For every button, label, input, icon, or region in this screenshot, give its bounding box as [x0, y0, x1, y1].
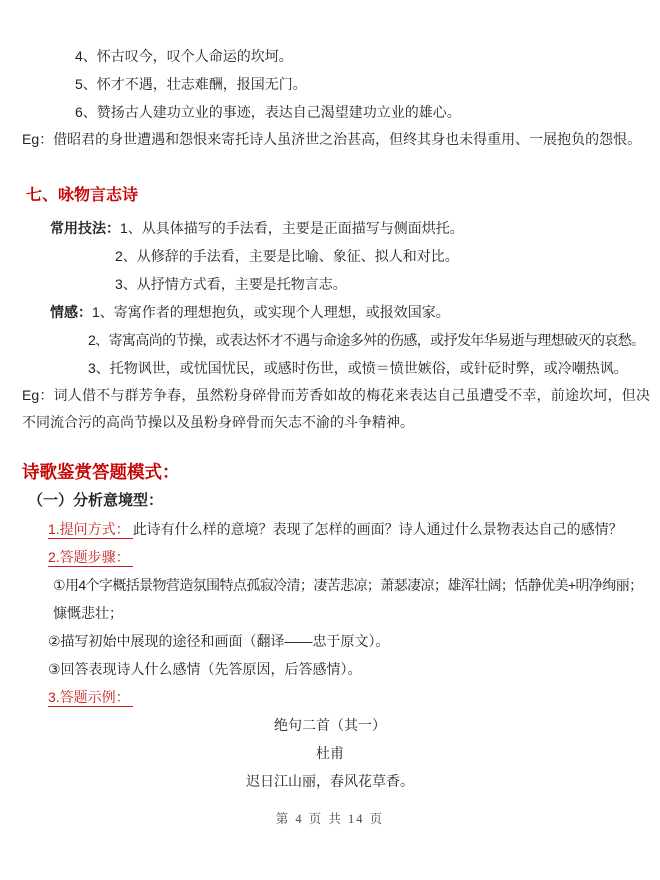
poem-author: 杜甫: [0, 739, 660, 767]
question-method-line: 1.提问方式：此诗有什么样的意境？表现了怎样的画面？诗人通过什么景物表达自己的感…: [48, 515, 660, 543]
step-1-line-2: 慷慨悲壮；: [53, 599, 660, 627]
yongwu-example: Eg：词人借不与群芳争春，虽然粉身碎骨而芳香如故的梅花来表达自己虽遭受不幸，前途…: [22, 382, 650, 436]
techniques-item-1: 1、从具体描写的手法看，主要是正面描写与侧面烘托。: [120, 220, 464, 236]
answer-steps-line: 2.答题步骤：: [48, 543, 660, 571]
answer-example-line: 3.答题示例：: [48, 683, 660, 711]
emotions-line-1: 情感：1、寄寓作者的理想抱负，或实现个人理想，或报效国家。: [50, 298, 660, 326]
answer-example-label: 3.答题示例：: [48, 689, 133, 707]
step-3: ③回答表现诗人什么感情（先答原因，后答感情）。: [48, 655, 660, 683]
subheading-yijing-type: （一）分析意境型：: [28, 487, 660, 515]
section-heading-yongwu: 七、咏物言志诗: [26, 182, 660, 210]
emotions-item-2: 2、寄寓高尚的节操，或表达怀才不遇与命途多舛的伤感，或抒发年华易逝与理想破灭的哀…: [88, 326, 660, 354]
step-1-line-1: ①用4个字概括景物营造氛围特点孤寂冷清；凄苦悲凉；萧瑟凄凉；雄浑壮阔；恬静优美+…: [53, 571, 660, 599]
techniques-label: 常用技法：: [50, 220, 120, 236]
techniques-line-1: 常用技法：1、从具体描写的手法看，主要是正面描写与侧面烘托。: [50, 214, 660, 242]
huaigu-example: Eg：借昭君的身世遭遇和怨恨来寄托诗人虽济世之治甚高，但终其身也未得重用、一展抱…: [22, 126, 650, 153]
document-page: 4、怀古叹今，叹个人命运的坎坷。 5、怀才不遇，壮志难酬，报国无门。 6、赞扬古…: [0, 0, 660, 880]
step-2: ②描写初始中展现的途径和画面（翻译——忠于原文）。: [48, 627, 660, 655]
section-heading-answer-model: 诗歌鉴赏答题模式：: [22, 457, 660, 487]
question-method-label: 1.提问方式：: [48, 521, 133, 539]
answer-steps-label: 2.答题步骤：: [48, 549, 133, 567]
list-item-huaigu-6: 6、赞扬古人建功立业的事迹，表达自己渴望建功立业的雄心。: [75, 98, 660, 126]
poem-line-1: 迟日江山丽，春风花草香。: [0, 767, 660, 795]
emotions-item-1: 1、寄寓作者的理想抱负，或实现个人理想，或报效国家。: [92, 304, 450, 320]
question-method-text: 此诗有什么样的意境？表现了怎样的画面？诗人通过什么景物表达自己的感情？: [133, 521, 623, 537]
techniques-item-3: 3、从抒情方式看，主要是托物言志。: [115, 270, 660, 298]
techniques-item-2: 2、从修辞的手法看，主要是比喻、象征、拟人和对比。: [115, 242, 660, 270]
poem-title: 绝句二首（其一）: [0, 711, 660, 739]
emotions-item-3: 3、托物讽世，或忧国忧民，或感时伤世，或愤＝愤世嫉俗，或针砭时弊，或冷嘲热讽。: [88, 354, 660, 382]
list-item-huaigu-5: 5、怀才不遇，壮志难酬，报国无门。: [75, 70, 660, 98]
page-number-indicator: 第 4 页 共 14 页: [0, 809, 660, 829]
list-item-huaigu-4: 4、怀古叹今，叹个人命运的坎坷。: [75, 42, 660, 70]
emotions-label: 情感：: [50, 304, 92, 320]
